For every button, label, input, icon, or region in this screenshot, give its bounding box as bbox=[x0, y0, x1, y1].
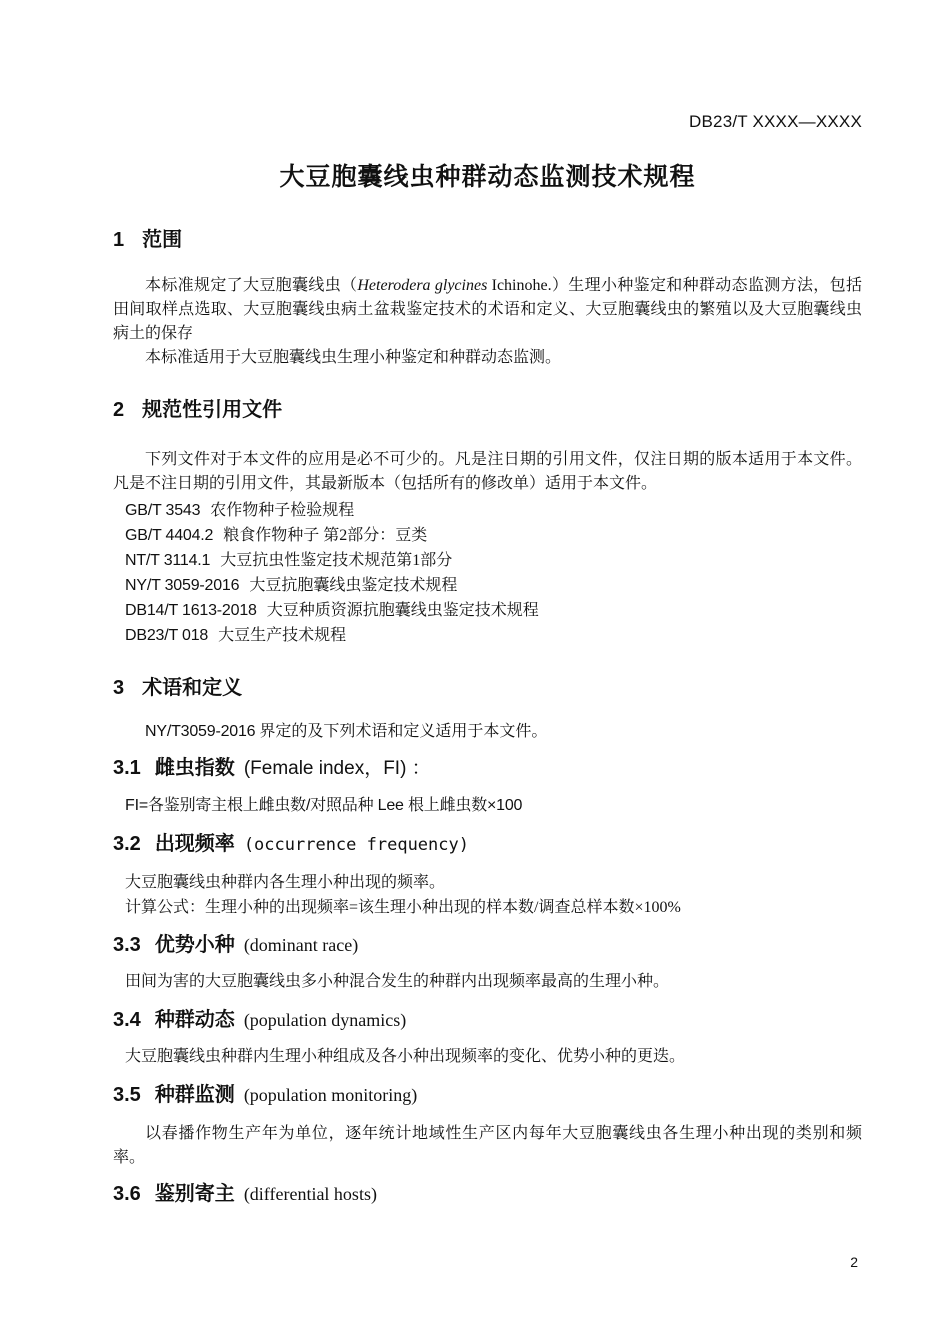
reference-title: 大豆抗胞囊线虫鉴定技术规程 bbox=[249, 577, 457, 594]
formula-text: FI=各鉴别寄主根上雌虫数/对照品种 Lee 根上雌虫数×100 bbox=[125, 797, 522, 814]
term-3-4-definition: 大豆胞囊线虫种群内生理小种组成及各小种出现频率的变化、优势小种的更迭。 bbox=[113, 1045, 862, 1069]
reference-code: DB23/T 018 bbox=[125, 627, 208, 644]
term-number: 3.3 bbox=[113, 934, 141, 956]
term-name-zh: 种群动态 bbox=[155, 1009, 235, 1031]
terms-intro-rest: 界定的及下列术语和定义适用于本文件。 bbox=[255, 723, 547, 740]
term-name-zh: 鉴别寄主 bbox=[155, 1183, 235, 1205]
scope-text-pre: 本标准规定了大豆胞囊线虫（ bbox=[145, 277, 357, 294]
reference-code: GB/T 4404.2 bbox=[125, 527, 213, 544]
term-name-en: (occurrence frequency) bbox=[244, 835, 469, 855]
term-number: 3.4 bbox=[113, 1009, 141, 1031]
reference-title: 大豆抗虫性鉴定技术规范第1部分 bbox=[220, 552, 452, 569]
reference-title: 农作物种子检验规程 bbox=[210, 502, 354, 519]
reference-item: DB23/T 018大豆生产技术规程 bbox=[113, 623, 862, 648]
species-name: Heterodera glycines bbox=[357, 277, 487, 294]
header-standard-code: DB23/T XXXX—XXXX bbox=[113, 112, 862, 132]
applicability-paragraph: 本标准适用于大豆胞囊线虫生理小种鉴定和种群动态监测。 bbox=[113, 346, 862, 370]
term-number: 3.5 bbox=[113, 1084, 141, 1106]
term-3-4-heading: 3.4种群动态(population dynamics) bbox=[113, 1008, 862, 1032]
reference-title: 大豆种质资源抗胞囊线虫鉴定技术规程 bbox=[267, 602, 539, 619]
reference-item: NT/T 3114.1大豆抗虫性鉴定技术规范第1部分 bbox=[113, 548, 862, 573]
term-3-3-definition: 田间为害的大豆胞囊线虫多小种混合发生的种群内出现频率最高的生理小种。 bbox=[113, 970, 862, 994]
formula-line: 计算公式：生理小种的出现频率=该生理小种出现的样本数/调查总样本数×100% bbox=[125, 895, 862, 920]
page-number: 2 bbox=[850, 1254, 858, 1270]
female-index-formula: FI=各鉴别寄主根上雌虫数/对照品种 Lee 根上雌虫数×100 bbox=[113, 794, 862, 818]
reference-title: 大豆生产技术规程 bbox=[218, 627, 346, 644]
section-1-heading: 1范围 bbox=[113, 228, 862, 252]
reference-item: GB/T 4404.2粮食作物种子 第2部分：豆类 bbox=[113, 523, 862, 548]
term-3-5-heading: 3.5种群监测(population monitoring) bbox=[113, 1083, 862, 1107]
term-3-5-definition: 以春播作物生产年为单位，逐年统计地域性生产区内每年大豆胞囊线虫各生理小种出现的类… bbox=[113, 1122, 862, 1169]
section-number: 2 bbox=[113, 399, 124, 421]
normative-references-intro: 下列文件对于本文件的应用是必不可少的。凡是注日期的引用文件，仅注日期的版本适用于… bbox=[113, 448, 862, 496]
term-name-zh: 雌虫指数 bbox=[155, 757, 235, 779]
section-3-heading: 3术语和定义 bbox=[113, 676, 862, 700]
section-2-heading: 2规范性引用文件 bbox=[113, 398, 862, 422]
section-title: 术语和定义 bbox=[142, 677, 242, 699]
reference-item: NY/T 3059-2016大豆抗胞囊线虫鉴定技术规程 bbox=[113, 573, 862, 598]
term-name-zh: 种群监测 bbox=[155, 1084, 235, 1106]
reference-code: NT/T 3114.1 bbox=[125, 552, 210, 569]
reference-code: GB/T 3543 bbox=[125, 502, 200, 519]
term-3-2-definition: 大豆胞囊线虫种群内各生理小种出现的频率。 计算公式：生理小种的出现频率=该生理小… bbox=[113, 870, 862, 920]
document-title: 大豆胞囊线虫种群动态监测技术规程 bbox=[113, 160, 862, 194]
reference-code: DB14/T 1613-2018 bbox=[125, 602, 257, 619]
term-3-2-heading: 3.2出现频率(occurrence frequency) bbox=[113, 832, 862, 857]
term-number: 3.6 bbox=[113, 1183, 141, 1205]
term-3-6-heading: 3.6鉴别寄主(differential hosts) bbox=[113, 1182, 862, 1206]
term-name-en: (dominant race) bbox=[244, 935, 358, 955]
term-name-en: (population monitoring) bbox=[244, 1085, 417, 1105]
term-number: 3.1 bbox=[113, 757, 141, 779]
term-name-en: (population dynamics) bbox=[244, 1010, 406, 1030]
term-name-en: (differential hosts) bbox=[244, 1184, 377, 1204]
section-number: 1 bbox=[113, 229, 124, 251]
scope-paragraph: 本标准规定了大豆胞囊线虫（Heterodera glycines Ichinoh… bbox=[113, 274, 862, 346]
section-number: 3 bbox=[113, 677, 124, 699]
term-name-zh: 出现频率 bbox=[155, 833, 235, 855]
term-3-3-heading: 3.3优势小种(dominant race) bbox=[113, 933, 862, 957]
reference-item: DB14/T 1613-2018大豆种质资源抗胞囊线虫鉴定技术规程 bbox=[113, 598, 862, 623]
reference-code: NY/T 3059-2016 bbox=[125, 577, 239, 594]
terms-intro-code: NY/T3059-2016 bbox=[145, 723, 255, 740]
term-name-en: (Female index，FI) ： bbox=[244, 758, 431, 779]
section-title: 规范性引用文件 bbox=[142, 399, 282, 421]
section-title: 范围 bbox=[142, 229, 182, 251]
definition-line: 大豆胞囊线虫种群内各生理小种出现的频率。 bbox=[125, 870, 862, 895]
term-3-1-heading: 3.1雌虫指数(Female index，FI) ： bbox=[113, 756, 862, 781]
reference-list: GB/T 3543农作物种子检验规程 GB/T 4404.2粮食作物种子 第2部… bbox=[113, 498, 862, 648]
term-name-zh: 优势小种 bbox=[155, 934, 235, 956]
term-number: 3.2 bbox=[113, 833, 141, 855]
reference-title: 粮食作物种子 第2部分：豆类 bbox=[223, 527, 427, 544]
terms-intro: NY/T3059-2016 界定的及下列术语和定义适用于本文件。 bbox=[113, 720, 862, 744]
document-page: DB23/T XXXX—XXXX 大豆胞囊线虫种群动态监测技术规程 1范围 本标… bbox=[0, 0, 950, 1344]
reference-item: GB/T 3543农作物种子检验规程 bbox=[113, 498, 862, 523]
